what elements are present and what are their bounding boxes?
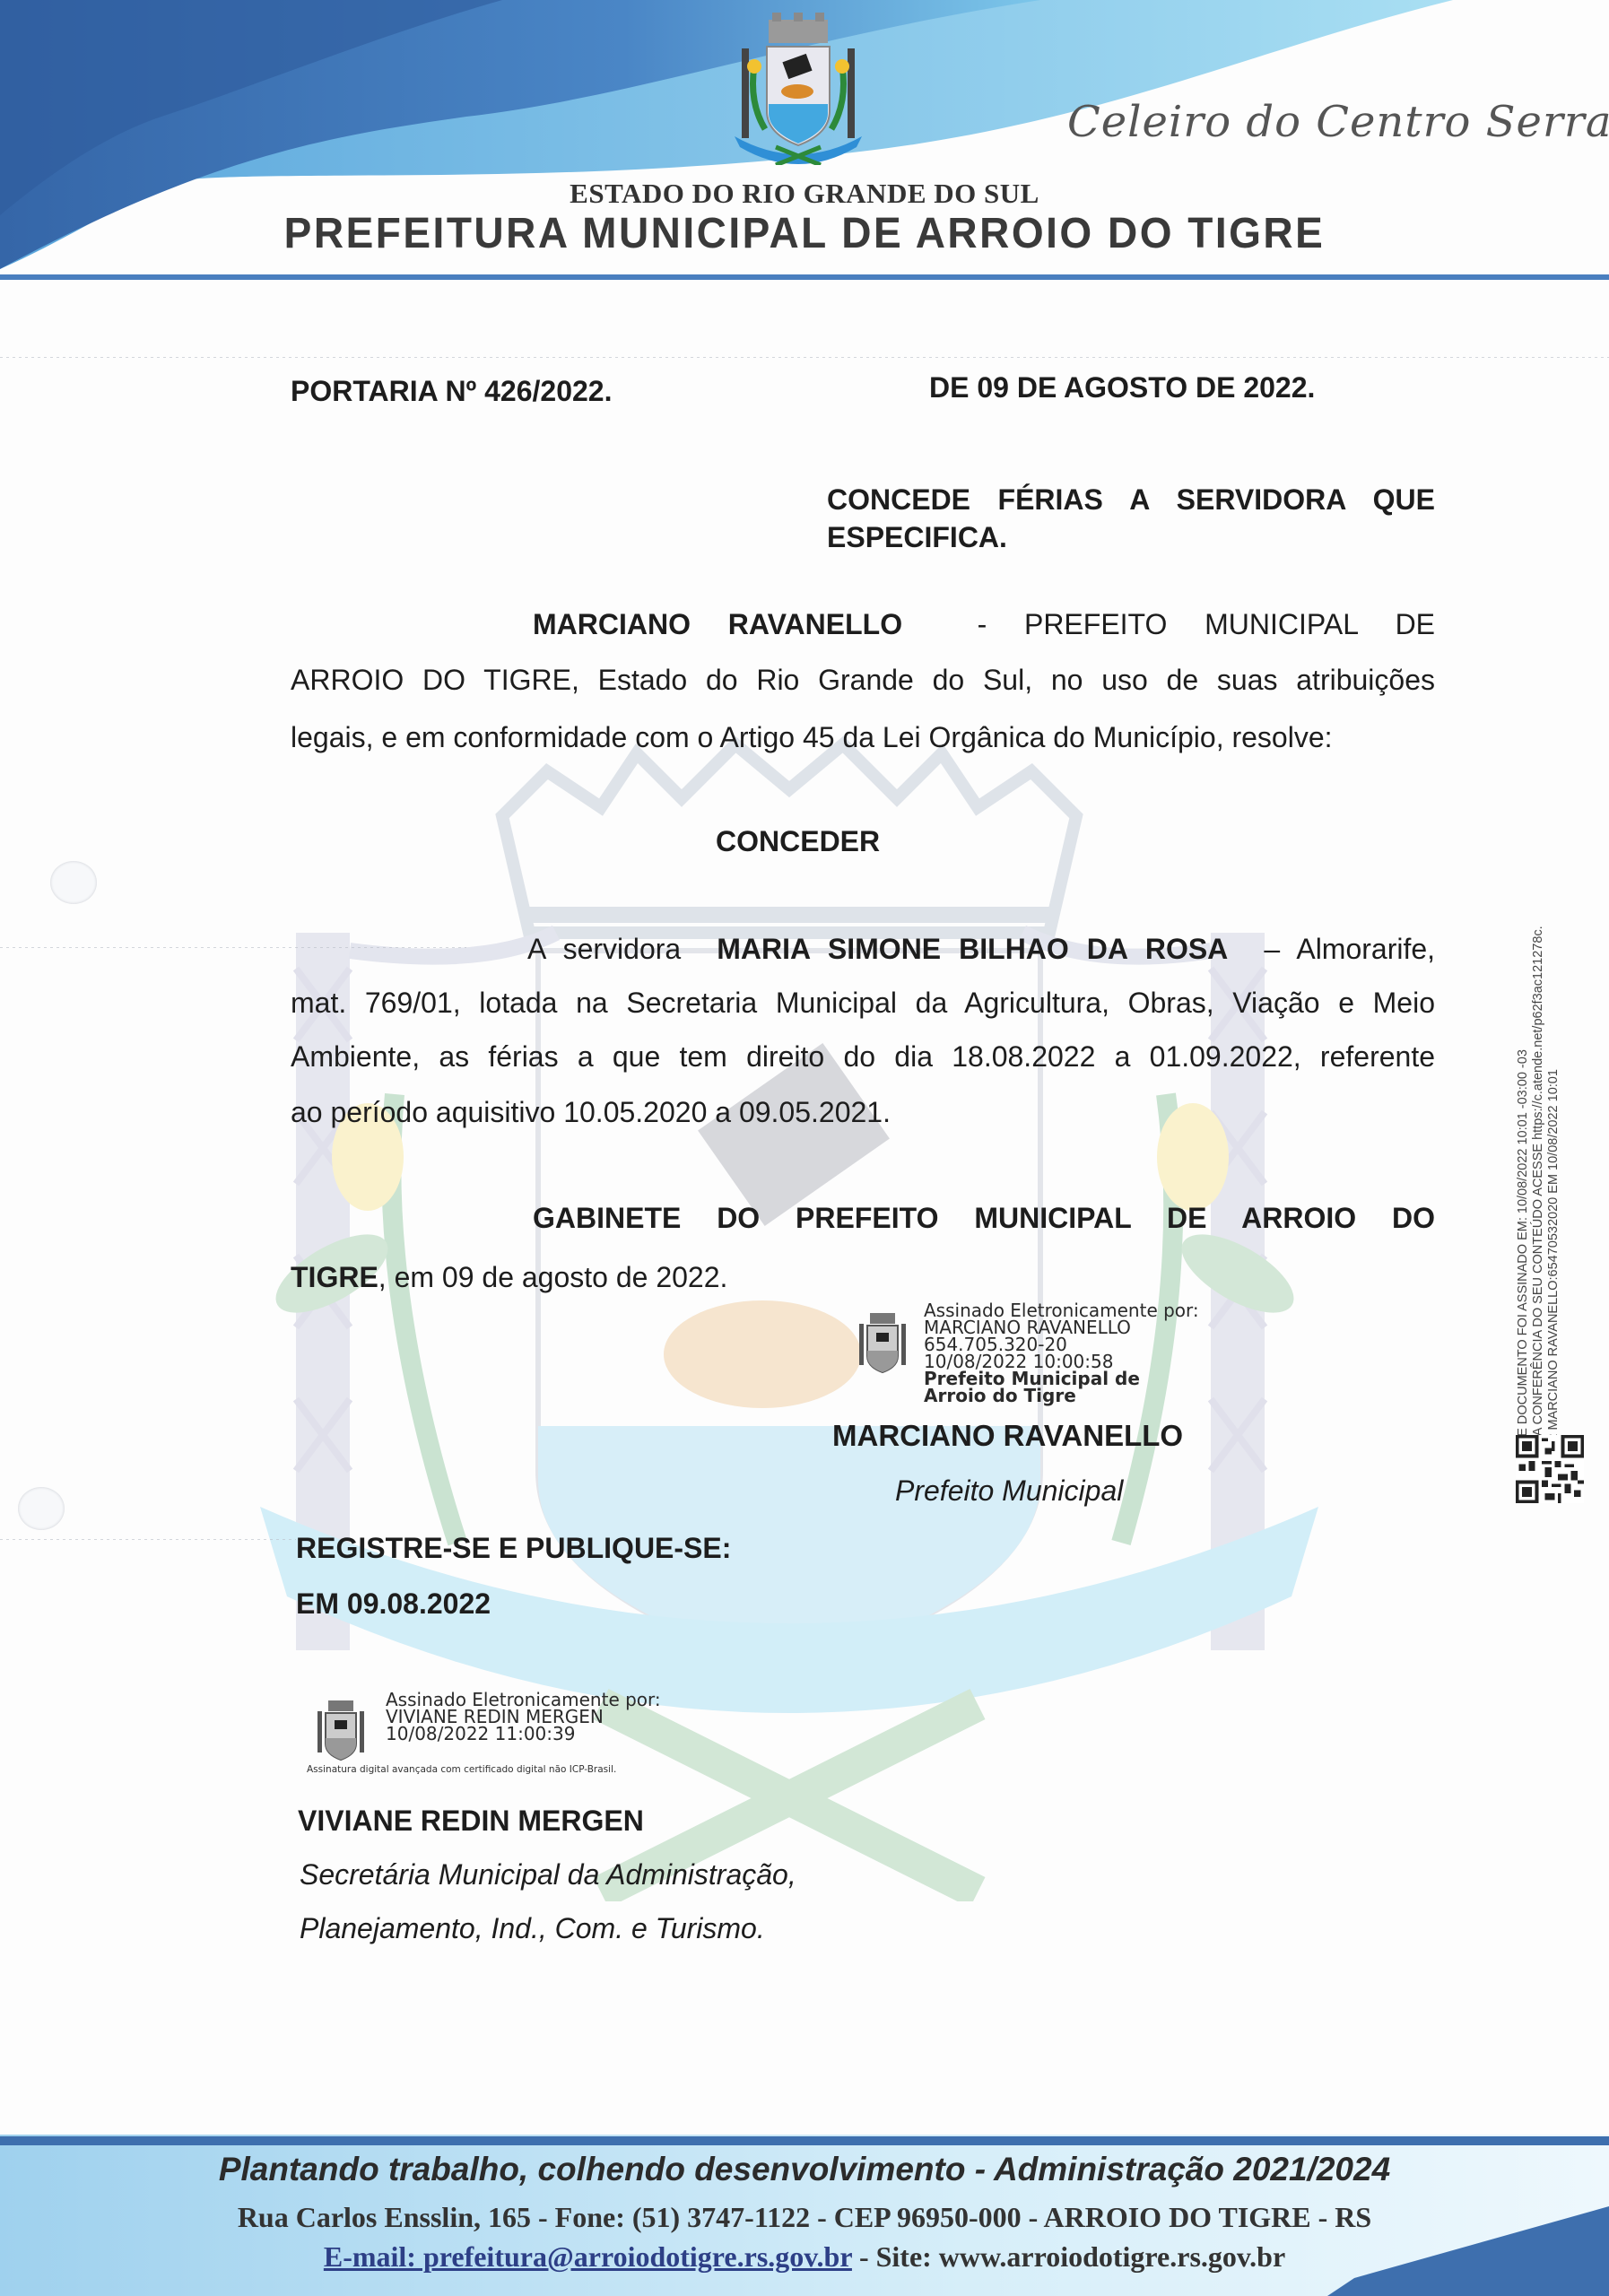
mayor-signatory-title: Prefeito Municipal — [895, 1476, 1123, 1505]
website-text: - Site: www.arroiodotigre.rs.gov.br — [852, 2240, 1285, 2273]
verification-qr-code[interactable] — [1516, 1435, 1584, 1503]
article-line-3: Ambiente, as férias a que tem direito do… — [291, 1042, 1435, 1071]
preamble-line-3: legais, e em conformidade com o Artigo 4… — [291, 723, 1435, 752]
article-line-4: ao período aquisitivo 10.05.2020 a 09.05… — [291, 1098, 1435, 1126]
employee-name: MARIA SIMONE BILHAO DA ROSA — [717, 933, 1228, 965]
mayor-e-signature-stamp: Assinado Eletronicamente por: MARCIANO R… — [924, 1302, 1199, 1405]
contact-line: E-mail: prefeitura@arroiodotigre.rs.gov.… — [0, 2240, 1609, 2274]
signature-certificate-note: Assinatura digital avançada com certific… — [307, 1763, 728, 1776]
mayor-signatory-name: MARCIANO RAVANELLO — [832, 1421, 1183, 1450]
scan-line — [0, 1539, 296, 1540]
publication-order: REGISTRE-SE E PUBLIQUE-SE: — [296, 1534, 731, 1562]
portaria-date: DE 09 DE AGOSTO DE 2022. — [929, 373, 1315, 402]
preamble-line-1: MARCIANO RAVANELLO - PREFEITO MUNICIPAL … — [291, 610, 1435, 639]
resolve-heading: CONCEDER — [716, 827, 880, 856]
publication-date: EM 09.08.2022 — [296, 1589, 491, 1618]
secretary-signatory-name: VIVIANE REDIN MERGEN — [298, 1806, 644, 1835]
article-line-1: A servidora MARIA SIMONE BILHAO DA ROSA … — [291, 935, 1435, 963]
employee-role: – Almorarife, — [1264, 933, 1435, 965]
scan-line — [0, 357, 1609, 358]
mayor-role: - PREFEITO MUNICIPAL DE — [978, 608, 1435, 640]
institution-name: PREFEITURA MUNICIPAL DE ARROIO DO TIGRE — [0, 207, 1609, 258]
municipal-crest-logo — [722, 13, 874, 165]
portaria-number: PORTARIA Nº 426/2022. — [291, 377, 612, 405]
signature-verification-note: ESTE DOCUMENTO FOI ASSINADO EM: 10/08/20… — [1516, 926, 1561, 1462]
state-name: ESTADO DO RIO GRANDE DO SUL — [0, 178, 1609, 210]
header-divider — [0, 274, 1609, 280]
secretary-title-line-1: Secretária Municipal da Administração, — [300, 1860, 796, 1889]
email-link[interactable]: E-mail: prefeitura@arroiodotigre.rs.gov.… — [324, 2240, 852, 2273]
preamble-line-2: ARROIO DO TIGRE, Estado do Rio Grande do… — [291, 665, 1435, 694]
municipal-motto: Celeiro do Centro Serra — [1067, 97, 1570, 147]
portaria-summary: CONCEDE FÉRIAS A SERVIDORA QUE ESPECIFIC… — [827, 481, 1435, 556]
secretary-title-line-2: Planejamento, Ind., Com. e Turismo. — [300, 1914, 765, 1943]
secretary-e-signature-stamp: Assinado Eletronicamente por: VIVIANE RE… — [386, 1692, 661, 1743]
closing-line-1: GABINETE DO PREFEITO MUNICIPAL DE ARROIO… — [291, 1204, 1435, 1232]
signature-crest-icon — [852, 1311, 913, 1378]
closing-line-2: TIGRE, em 09 de agosto de 2022. — [291, 1263, 1435, 1291]
administration-slogan: Plantando trabalho, colhendo desenvolvim… — [0, 2151, 1609, 2188]
footer-divider — [0, 2136, 1609, 2145]
mayor-name: MARCIANO RAVANELLO — [533, 608, 902, 640]
article-line-2: mat. 769/01, lotada na Secretaria Munici… — [291, 988, 1435, 1017]
punch-hole-top — [50, 861, 97, 904]
signature-crest-icon — [310, 1699, 371, 1765]
city-hall-address: Rua Carlos Ensslin, 165 - Fone: (51) 374… — [0, 2201, 1609, 2234]
punch-hole-bottom — [18, 1487, 65, 1530]
